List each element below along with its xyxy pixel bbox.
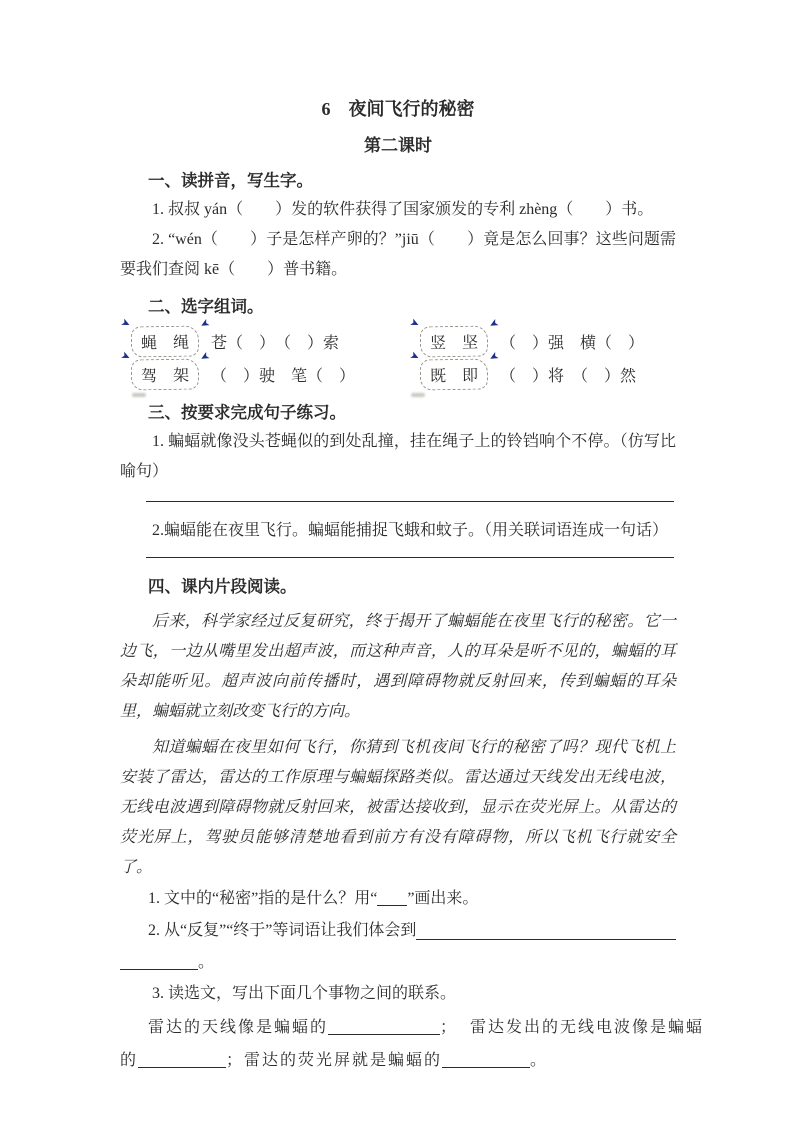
reading-passage-paragraph2: 知道蝙蝠在夜里如何飞行，你猜到飞机夜间飞行的秘密了吗？现代飞机上安装了雷达，雷达… xyxy=(120,733,676,883)
char-choice-box: ➤ ➤ 蝇 绳 xyxy=(131,326,199,358)
doc-subtitle: 第二课时 xyxy=(120,132,676,159)
question-1-text-post: ”画出来。 xyxy=(407,890,478,907)
word-blanks: 苍（ ） （ ）索 xyxy=(211,330,339,353)
fill-text: ；雷达的荧光屏就是蝙蝠的 xyxy=(226,1052,442,1069)
worksheet-page: 6 夜间飞行的秘密 第二课时 一、读拼音，写生字。 1. 叔叔 yán（ ）发的… xyxy=(0,0,793,1122)
question-3: 3. 读选文，写出下面几个事物之间的联系。 xyxy=(120,979,676,1009)
choice-row: ➤ ➤ 竖 坚 （ ）强 横（ ） xyxy=(409,325,644,358)
question-2: 2. 从“反复”“终于”等词语让我们体会到 xyxy=(120,915,676,947)
choose-grid-right-column: ➤ ➤ 竖 坚 （ ）强 横（ ） ➤ ➤ 既 即 （ ）将 （ ）然 xyxy=(409,325,644,391)
word-blanks: （ ）强 横（ ） xyxy=(500,330,644,353)
scan-artifact xyxy=(132,393,146,397)
fill-in-line-1: 雷达的天线像是蝙蝠的；雷达发出的无线电波像是蝙蝠 xyxy=(120,1011,676,1044)
fill-text: 的 xyxy=(120,1052,138,1069)
word-blanks: （ ）驶 笔（ ） xyxy=(211,363,355,386)
char-choice-box: ➤ ➤ 竖 坚 xyxy=(420,326,488,358)
section3-heading: 三、按要求完成句子练习。 xyxy=(120,399,676,427)
question-2-period: 。 xyxy=(198,954,214,971)
answer-blank xyxy=(442,1052,530,1068)
section1-heading: 一、读拼音，写生字。 xyxy=(120,167,676,195)
fill-text: 雷达发出的无线电波像是蝙蝠 xyxy=(470,1019,704,1036)
choice-row: ➤ ➤ 蝇 绳 苍（ ） （ ）索 xyxy=(120,325,409,358)
fill-text: 雷达的天线像是蝙蝠的 xyxy=(148,1019,328,1036)
fill-separator: ； xyxy=(440,1019,458,1036)
doc-title: 6 夜间飞行的秘密 xyxy=(120,96,676,123)
choice-characters: 竖 坚 xyxy=(430,335,478,353)
section3-item2: 2.蝙蝠能在夜里飞行。蝙蝠能捕捉飞蛾和蚊子。（用关联词语连成一句话） xyxy=(120,516,676,546)
section3-item1: 1. 蝙蝠就像没头苍蝇似的到处乱撞，挂在绳子上的铃铛响个不停。（仿写比喻句） xyxy=(120,427,676,487)
choose-grid-left-column: ➤ ➤ 蝇 绳 苍（ ） （ ）索 ➤ ➤ 驾 架 （ ）驶 笔（ ） xyxy=(120,325,409,391)
answer-blank xyxy=(120,954,198,970)
choice-characters: 蝇 绳 xyxy=(141,335,189,353)
answer-blank xyxy=(138,1052,226,1068)
answer-line xyxy=(146,501,674,502)
section1-item1: 1. 叔叔 yán（ ）发的软件获得了国家颁发的专利 zhèng（ ）书。 xyxy=(120,195,676,225)
question-2-continuation: 。 xyxy=(120,947,676,979)
word-blanks: （ ）将 （ ）然 xyxy=(500,363,636,386)
choice-characters: 既 即 xyxy=(430,368,478,386)
choice-row: ➤ ➤ 驾 架 （ ）驶 笔（ ） xyxy=(120,358,409,391)
reading-passage-paragraph1: 后来，科学家经过反复研究，终于揭开了蝙蝠能在夜里飞行的秘密。它一边飞，一边从嘴里… xyxy=(120,607,676,727)
scan-artifact xyxy=(411,393,425,397)
answer-line xyxy=(146,557,674,558)
section1-item2: 2. “wén（ ）子是怎样产卵的？”jiū（ ）竟是怎么回事？这些问题需要我们… xyxy=(120,225,676,285)
choice-row: ➤ ➤ 既 即 （ ）将 （ ）然 xyxy=(409,358,644,391)
char-choice-box: ➤ ➤ 驾 架 xyxy=(131,359,199,391)
answer-blank xyxy=(377,890,407,906)
choose-character-grid: ➤ ➤ 蝇 绳 苍（ ） （ ）索 ➤ ➤ 驾 架 （ ）驶 笔（ ） xyxy=(120,325,676,391)
answer-blank xyxy=(416,924,676,940)
section4-heading: 四、课内片段阅读。 xyxy=(120,573,676,601)
question-2-text: 2. 从“反复”“终于”等词语让我们体会到 xyxy=(120,915,416,947)
page-content: 6 夜间飞行的秘密 第二课时 一、读拼音，写生字。 1. 叔叔 yán（ ）发的… xyxy=(120,96,676,1077)
question-1: 1. 文中的“秘密”指的是什么？用“”画出来。 xyxy=(120,883,676,915)
choice-characters: 驾 架 xyxy=(141,368,189,386)
char-choice-box: ➤ ➤ 既 即 xyxy=(420,359,488,391)
question-1-text-pre: 1. 文中的“秘密”指的是什么？用“ xyxy=(148,890,377,907)
fill-period: 。 xyxy=(530,1052,548,1069)
answer-blank xyxy=(328,1019,440,1035)
fill-in-line-2: 的；雷达的荧光屏就是蝙蝠的。 xyxy=(120,1044,676,1077)
